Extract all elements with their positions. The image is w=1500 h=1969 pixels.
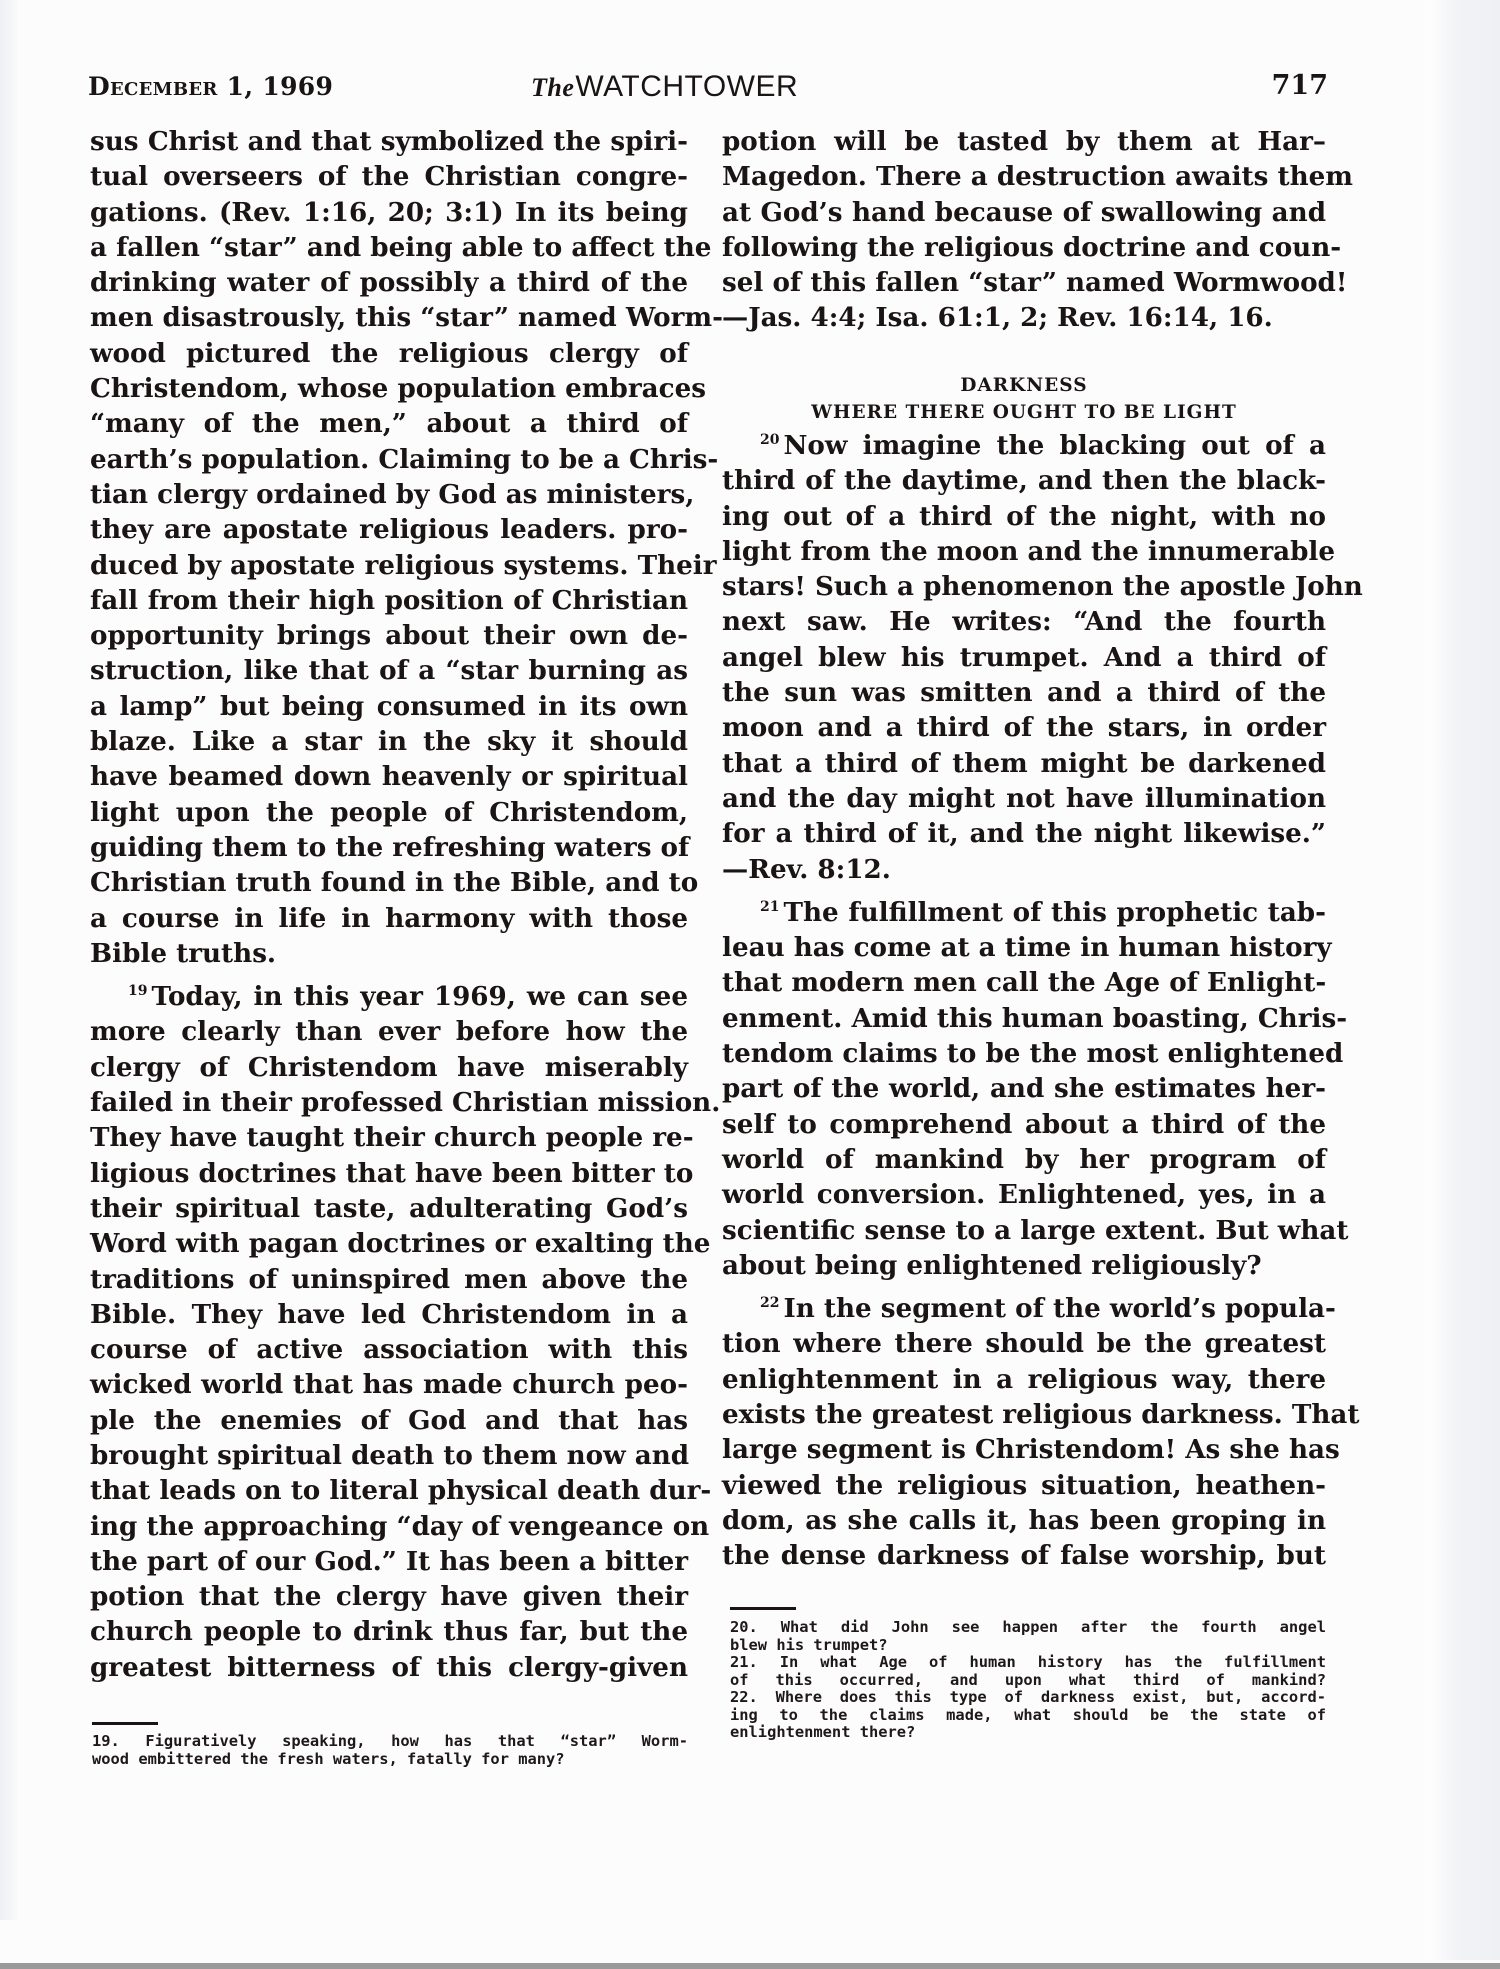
paragraph-18-continuation: sus Christ and that symbolized the spiri… <box>90 124 688 971</box>
paragraph-22: 22In the segment of the world’s popula- … <box>722 1291 1326 1573</box>
footnote-line: of this occurred, and upon what third of… <box>730 1672 1326 1690</box>
text-line: wood pictured the religious clergy of <box>90 336 688 371</box>
footnote-line: 20. What did John see happen after the f… <box>730 1619 1326 1637</box>
footnote-line: enlightenment there? <box>730 1724 1326 1742</box>
text-line: —Jas. 4:4; Isa. 61:1, 2; Rev. 16:14, 16. <box>722 300 1326 335</box>
text-line: light from the moon and the innumerable <box>722 534 1326 569</box>
text-line: 19Today, in this year 1969, we can see <box>90 979 688 1014</box>
text-line: they are apostate religious leaders. pro… <box>90 512 688 547</box>
paragraph-number: 19 <box>128 983 147 999</box>
text-line: stars! Such a phenomenon the apostle Joh… <box>722 569 1326 604</box>
section-subheading: DARKNESS WHERE THERE OUGHT TO BE LIGHT <box>722 372 1326 426</box>
text-line: tual overseers of the Christian congre- <box>90 159 688 194</box>
text-line: potion that the clergy have given their <box>90 1579 688 1614</box>
scan-bottom-edge <box>0 1963 1500 1969</box>
text-line: blaze. Like a star in the sky it should <box>90 724 688 759</box>
text-line: brought spiritual death to them now and <box>90 1438 688 1473</box>
text-line: and the day might not have illumination <box>722 781 1326 816</box>
publication-title: TheWATCHTOWER <box>531 70 798 104</box>
footnote-rule <box>730 1607 796 1610</box>
text-line: sel of this fallen “star” named Wormwood… <box>722 265 1326 300</box>
text-line: more clearly than ever before how the <box>90 1014 688 1049</box>
text-line: Magedon. There a destruction awaits them <box>722 159 1326 194</box>
text-line: Christendom, whose population embraces <box>90 371 688 406</box>
text-line: duced by apostate religious systems. The… <box>90 548 688 583</box>
paragraph-20: 20Now imagine the blacking out of a thir… <box>722 428 1326 887</box>
text-line: enment. Amid this human boasting, Chris- <box>722 1001 1326 1036</box>
text-line: enlightenment in a religious way, there <box>722 1362 1326 1397</box>
text-line: a fallen “star” and being able to affect… <box>90 230 688 265</box>
text-line: 21The fulfillment of this prophetic tab- <box>722 895 1326 930</box>
footnote-line: ing to the claims made, what should be t… <box>730 1707 1326 1725</box>
publication-name: WATCHTOWER <box>575 70 798 103</box>
text-line: next saw. He writes: “And the fourth <box>722 604 1326 639</box>
text-line: world of mankind by her program of <box>722 1142 1326 1177</box>
text-line: that a third of them might be darkened <box>722 746 1326 781</box>
text-line: gations. (Rev. 1:16, 20; 3:1) In its bei… <box>90 195 688 230</box>
text-line: leau has come at a time in human history <box>722 930 1326 965</box>
text-line: potion will be tasted by them at Har– <box>722 124 1326 159</box>
paragraph-number: 22 <box>760 1295 779 1311</box>
text-line: course of active association with this <box>90 1332 688 1367</box>
text-line: ligious doctrines that have been bitter … <box>90 1156 688 1191</box>
text-line: Christian truth found in the Bible, and … <box>90 865 688 900</box>
text-line: They have taught their church people re- <box>90 1120 688 1155</box>
text-line: 20Now imagine the blacking out of a <box>722 428 1326 463</box>
text-line: clergy of Christendom have miserably <box>90 1050 688 1085</box>
paragraph-19: 19Today, in this year 1969, we can see m… <box>90 979 688 1685</box>
text-line: angel blew his trumpet. And a third of <box>722 640 1326 675</box>
text-line: tendom claims to be the most enlightened <box>722 1036 1326 1071</box>
text-line: wicked world that has made church peo- <box>90 1367 688 1402</box>
footnote-line: blew his trumpet? <box>730 1637 1326 1655</box>
magazine-page: December 1, 1969 TheWATCHTOWER 717 sus C… <box>0 0 1500 1969</box>
text-line: tian clergy ordained by God as ministers… <box>90 477 688 512</box>
text-line: part of the world, and she estimates her… <box>722 1071 1326 1106</box>
text-line: greatest bitterness of this clergy-given <box>90 1650 688 1685</box>
text-line: guiding them to the refreshing waters of <box>90 830 688 865</box>
text-line: 22In the segment of the world’s popula- <box>722 1291 1326 1326</box>
footnote-line: 19. Figuratively speaking, how has that … <box>92 1733 688 1751</box>
text-line: their spiritual taste, adulterating God’… <box>90 1191 688 1226</box>
text-line: a lamp” but being consumed in its own <box>90 689 688 724</box>
text-line: that modern men call the Age of Enlight- <box>722 965 1326 1000</box>
text-line: moon and a third of the stars, in order <box>722 710 1326 745</box>
text-line: have beamed down heavenly or spiritual <box>90 759 688 794</box>
text-line: tion where there should be the greatest <box>722 1326 1326 1361</box>
text-line: failed in their professed Christian miss… <box>90 1085 688 1120</box>
paragraph-number: 20 <box>760 432 779 448</box>
text-line: opportunity brings about their own de- <box>90 618 688 653</box>
right-column-continuation: potion will be tasted by them at Har– Ma… <box>722 124 1326 336</box>
text-line: Bible. They have led Christendom in a <box>90 1297 688 1332</box>
text-line: third of the daytime, and then the black… <box>722 463 1326 498</box>
text-line: following the religious doctrine and cou… <box>722 230 1326 265</box>
page-header: December 1, 1969 TheWATCHTOWER 717 <box>88 70 1328 110</box>
paragraph-number: 21 <box>760 899 779 915</box>
text-line: Bible truths. <box>90 936 688 971</box>
footnote-line: wood embittered the fresh waters, fatall… <box>92 1751 688 1769</box>
text-line: the part of our God.” It has been a bitt… <box>90 1544 688 1579</box>
text-line: about being enlightened religiously? <box>722 1248 1326 1283</box>
footnotes-20-22: 20. What did John see happen after the f… <box>730 1619 1326 1742</box>
left-column: sus Christ and that symbolized the spiri… <box>90 124 688 1685</box>
subheading-line-2: WHERE THERE OUGHT TO BE LIGHT <box>722 399 1326 426</box>
text-line: struction, like that of a “star burning … <box>90 653 688 688</box>
text-line: drinking water of possibly a third of th… <box>90 265 688 300</box>
text-line: ple the enemies of God and that has <box>90 1403 688 1438</box>
text-line: traditions of uninspired men above the <box>90 1262 688 1297</box>
text-line: the dense darkness of false worship, but <box>722 1538 1326 1573</box>
text-line: ing the approaching “day of vengeance on <box>90 1509 688 1544</box>
text-line: Word with pagan doctrines or exalting th… <box>90 1226 688 1261</box>
text-line: large segment is Christendom! As she has <box>722 1432 1326 1467</box>
publication-prefix: The <box>531 73 574 102</box>
footnote-19: 19. Figuratively speaking, how has that … <box>92 1733 688 1768</box>
text-line: —Rev. 8:12. <box>722 852 1326 887</box>
scan-left-edge <box>0 0 18 1920</box>
text-line: viewed the religious situation, heathen- <box>722 1468 1326 1503</box>
footnote-line: 22. Where does this type of darkness exi… <box>730 1689 1326 1707</box>
footnote-rule <box>92 1722 158 1725</box>
text-line: self to comprehend about a third of the <box>722 1107 1326 1142</box>
text-line: light upon the people of Christendom, <box>90 795 688 830</box>
right-column-body: 20Now imagine the blacking out of a thir… <box>722 428 1326 1574</box>
text-line: sus Christ and that symbolized the spiri… <box>90 124 688 159</box>
text-line: ing out of a third of the night, with no <box>722 499 1326 534</box>
footnote-line: 21. In what Age of human history has the… <box>730 1654 1326 1672</box>
text-line: at God’s hand because of swallowing and <box>722 195 1326 230</box>
subheading-line-1: DARKNESS <box>722 372 1326 399</box>
text-line: fall from their high position of Christi… <box>90 583 688 618</box>
text-line: “many of the men,” about a third of <box>90 406 688 441</box>
text-line: for a third of it, and the night likewis… <box>722 816 1326 851</box>
page-number: 717 <box>1272 70 1328 101</box>
text-line: scientific sense to a large extent. But … <box>722 1213 1326 1248</box>
text-line: church people to drink thus far, but the <box>90 1614 688 1649</box>
text-line: the sun was smitten and a third of the <box>722 675 1326 710</box>
text-line: earth’s population. Claiming to be a Chr… <box>90 442 688 477</box>
issue-date: December 1, 1969 <box>88 72 333 101</box>
text-line: that leads on to literal physical death … <box>90 1473 688 1508</box>
text-line: world conversion. Enlightened, yes, in a <box>722 1177 1326 1212</box>
text-line: exists the greatest religious darkness. … <box>722 1397 1326 1432</box>
paragraph-21: 21The fulfillment of this prophetic tab-… <box>722 895 1326 1283</box>
text-line: dom, as she calls it, has been groping i… <box>722 1503 1326 1538</box>
text-line: men disastrously, this “star” named Worm… <box>90 300 688 335</box>
text-line: a course in life in harmony with those <box>90 901 688 936</box>
scan-right-edge <box>1430 0 1500 1960</box>
